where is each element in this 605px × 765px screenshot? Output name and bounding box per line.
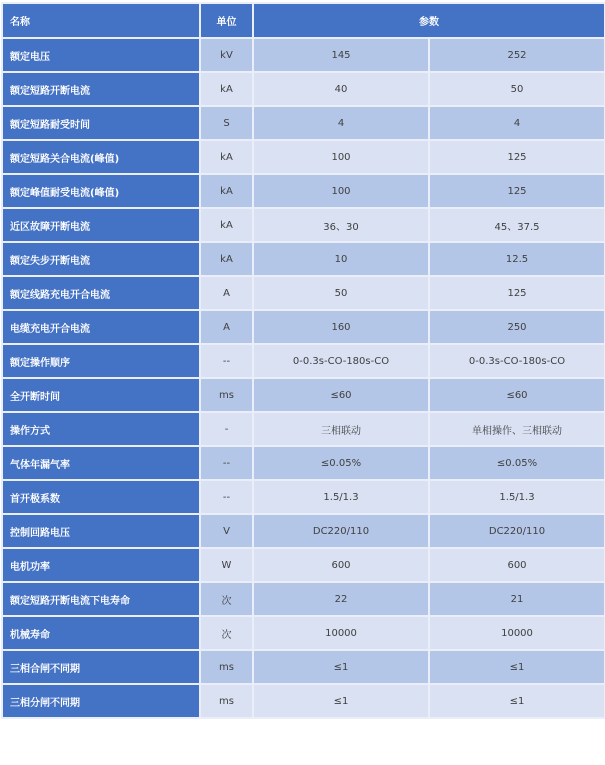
row-value-1: 160 (253, 310, 429, 344)
row-value-1: 1.5/1.3 (253, 480, 429, 514)
header-unit: 单位 (200, 3, 253, 38)
row-name: 额定短路开断电流 (2, 72, 200, 106)
row-name: 额定短路关合电流(峰值) (2, 140, 200, 174)
table-row: 气体年漏气率 -- ≤0.05% ≤0.05% (2, 446, 605, 480)
row-unit: S (200, 106, 253, 140)
row-value-2: 10000 (429, 616, 605, 650)
row-value-1: 三相联动 (253, 412, 429, 446)
row-value-1: 100 (253, 174, 429, 208)
table-row: 额定峰值耐受电流(峰值) kA 100 125 (2, 174, 605, 208)
row-unit: A (200, 276, 253, 310)
row-value-2: ≤60 (429, 378, 605, 412)
row-value-1: 10000 (253, 616, 429, 650)
table-row: 控制回路电压 V DC220/110 DC220/110 (2, 514, 605, 548)
header-params: 参数 (253, 3, 605, 38)
row-value-2: ≤0.05% (429, 446, 605, 480)
table-row: 机械寿命 次 10000 10000 (2, 616, 605, 650)
table-header-row: 名称 单位 参数 (2, 3, 605, 38)
row-name: 三相分闸不同期 (2, 684, 200, 718)
row-value-1: 22 (253, 582, 429, 616)
row-value-1: ≤1 (253, 684, 429, 718)
row-value-2: 21 (429, 582, 605, 616)
table-row: 额定电压 kV 145 252 (2, 38, 605, 72)
row-name: 操作方式 (2, 412, 200, 446)
row-unit: kA (200, 72, 253, 106)
row-name: 电机功率 (2, 548, 200, 582)
row-value-2: DC220/110 (429, 514, 605, 548)
row-unit: kA (200, 140, 253, 174)
row-name: 全开断时间 (2, 378, 200, 412)
table-row: 额定线路充电开合电流 A 50 125 (2, 276, 605, 310)
table-row: 额定短路关合电流(峰值) kA 100 125 (2, 140, 605, 174)
row-value-2: 45、37.5 (429, 208, 605, 242)
row-unit: 次 (200, 616, 253, 650)
row-value-1: 4 (253, 106, 429, 140)
spec-table-container: 名称 单位 参数 额定电压 kV 145 252 额定短路开断电流 kA 40 … (1, 2, 604, 719)
table-row: 额定短路耐受时间 S 4 4 (2, 106, 605, 140)
row-value-1: 40 (253, 72, 429, 106)
header-name: 名称 (2, 3, 200, 38)
row-unit: kA (200, 208, 253, 242)
row-value-2: 12.5 (429, 242, 605, 276)
row-name: 机械寿命 (2, 616, 200, 650)
table-row: 电缆充电开合电流 A 160 250 (2, 310, 605, 344)
table-row: 三相合闸不同期 ms ≤1 ≤1 (2, 650, 605, 684)
row-name: 电缆充电开合电流 (2, 310, 200, 344)
row-name: 额定短路耐受时间 (2, 106, 200, 140)
row-value-2: 252 (429, 38, 605, 72)
row-unit: W (200, 548, 253, 582)
row-value-2: ≤1 (429, 650, 605, 684)
row-name: 首开极系数 (2, 480, 200, 514)
row-unit: -- (200, 480, 253, 514)
row-name: 额定短路开断电流下电寿命 (2, 582, 200, 616)
row-unit: kA (200, 242, 253, 276)
row-value-1: 100 (253, 140, 429, 174)
row-unit: -- (200, 446, 253, 480)
row-name: 近区故障开断电流 (2, 208, 200, 242)
table-row: 全开断时间 ms ≤60 ≤60 (2, 378, 605, 412)
table-row: 额定失步开断电流 kA 10 12.5 (2, 242, 605, 276)
table-row: 额定操作顺序 -- 0-0.3s-CO-180s-CO 0-0.3s-CO-18… (2, 344, 605, 378)
table-row: 三相分闸不同期 ms ≤1 ≤1 (2, 684, 605, 718)
table-row: 操作方式 - 三相联动 单相操作、三相联动 (2, 412, 605, 446)
row-unit: A (200, 310, 253, 344)
row-value-2: ≤1 (429, 684, 605, 718)
row-value-1: ≤1 (253, 650, 429, 684)
row-value-2: 600 (429, 548, 605, 582)
row-value-2: 250 (429, 310, 605, 344)
row-name: 气体年漏气率 (2, 446, 200, 480)
row-value-2: 50 (429, 72, 605, 106)
table-row: 电机功率 W 600 600 (2, 548, 605, 582)
row-name: 额定线路充电开合电流 (2, 276, 200, 310)
row-name: 额定失步开断电流 (2, 242, 200, 276)
row-unit: - (200, 412, 253, 446)
table-row: 额定短路开断电流下电寿命 次 22 21 (2, 582, 605, 616)
row-unit: ms (200, 650, 253, 684)
row-name: 额定电压 (2, 38, 200, 72)
row-value-2: 4 (429, 106, 605, 140)
row-value-1: ≤60 (253, 378, 429, 412)
row-unit: ms (200, 378, 253, 412)
row-name: 三相合闸不同期 (2, 650, 200, 684)
row-unit: ms (200, 684, 253, 718)
row-unit: 次 (200, 582, 253, 616)
row-name: 额定操作顺序 (2, 344, 200, 378)
row-value-1: 50 (253, 276, 429, 310)
row-unit: kV (200, 38, 253, 72)
table-row: 首开极系数 -- 1.5/1.3 1.5/1.3 (2, 480, 605, 514)
row-value-1: ≤0.05% (253, 446, 429, 480)
row-value-1: 10 (253, 242, 429, 276)
row-unit: -- (200, 344, 253, 378)
row-value-1: 0-0.3s-CO-180s-CO (253, 344, 429, 378)
row-unit: kA (200, 174, 253, 208)
row-value-2: 125 (429, 140, 605, 174)
row-value-2: 125 (429, 174, 605, 208)
row-name: 额定峰值耐受电流(峰值) (2, 174, 200, 208)
row-value-2: 单相操作、三相联动 (429, 412, 605, 446)
row-value-1: 600 (253, 548, 429, 582)
table-body: 额定电压 kV 145 252 额定短路开断电流 kA 40 50 额定短路耐受… (2, 38, 605, 718)
row-value-1: 145 (253, 38, 429, 72)
row-value-1: DC220/110 (253, 514, 429, 548)
table-row: 额定短路开断电流 kA 40 50 (2, 72, 605, 106)
row-unit: V (200, 514, 253, 548)
table-row: 近区故障开断电流 kA 36、30 45、37.5 (2, 208, 605, 242)
row-value-2: 1.5/1.3 (429, 480, 605, 514)
row-value-2: 0-0.3s-CO-180s-CO (429, 344, 605, 378)
spec-table: 名称 单位 参数 额定电压 kV 145 252 额定短路开断电流 kA 40 … (1, 2, 605, 719)
row-value-2: 125 (429, 276, 605, 310)
row-name: 控制回路电压 (2, 514, 200, 548)
row-value-1: 36、30 (253, 208, 429, 242)
